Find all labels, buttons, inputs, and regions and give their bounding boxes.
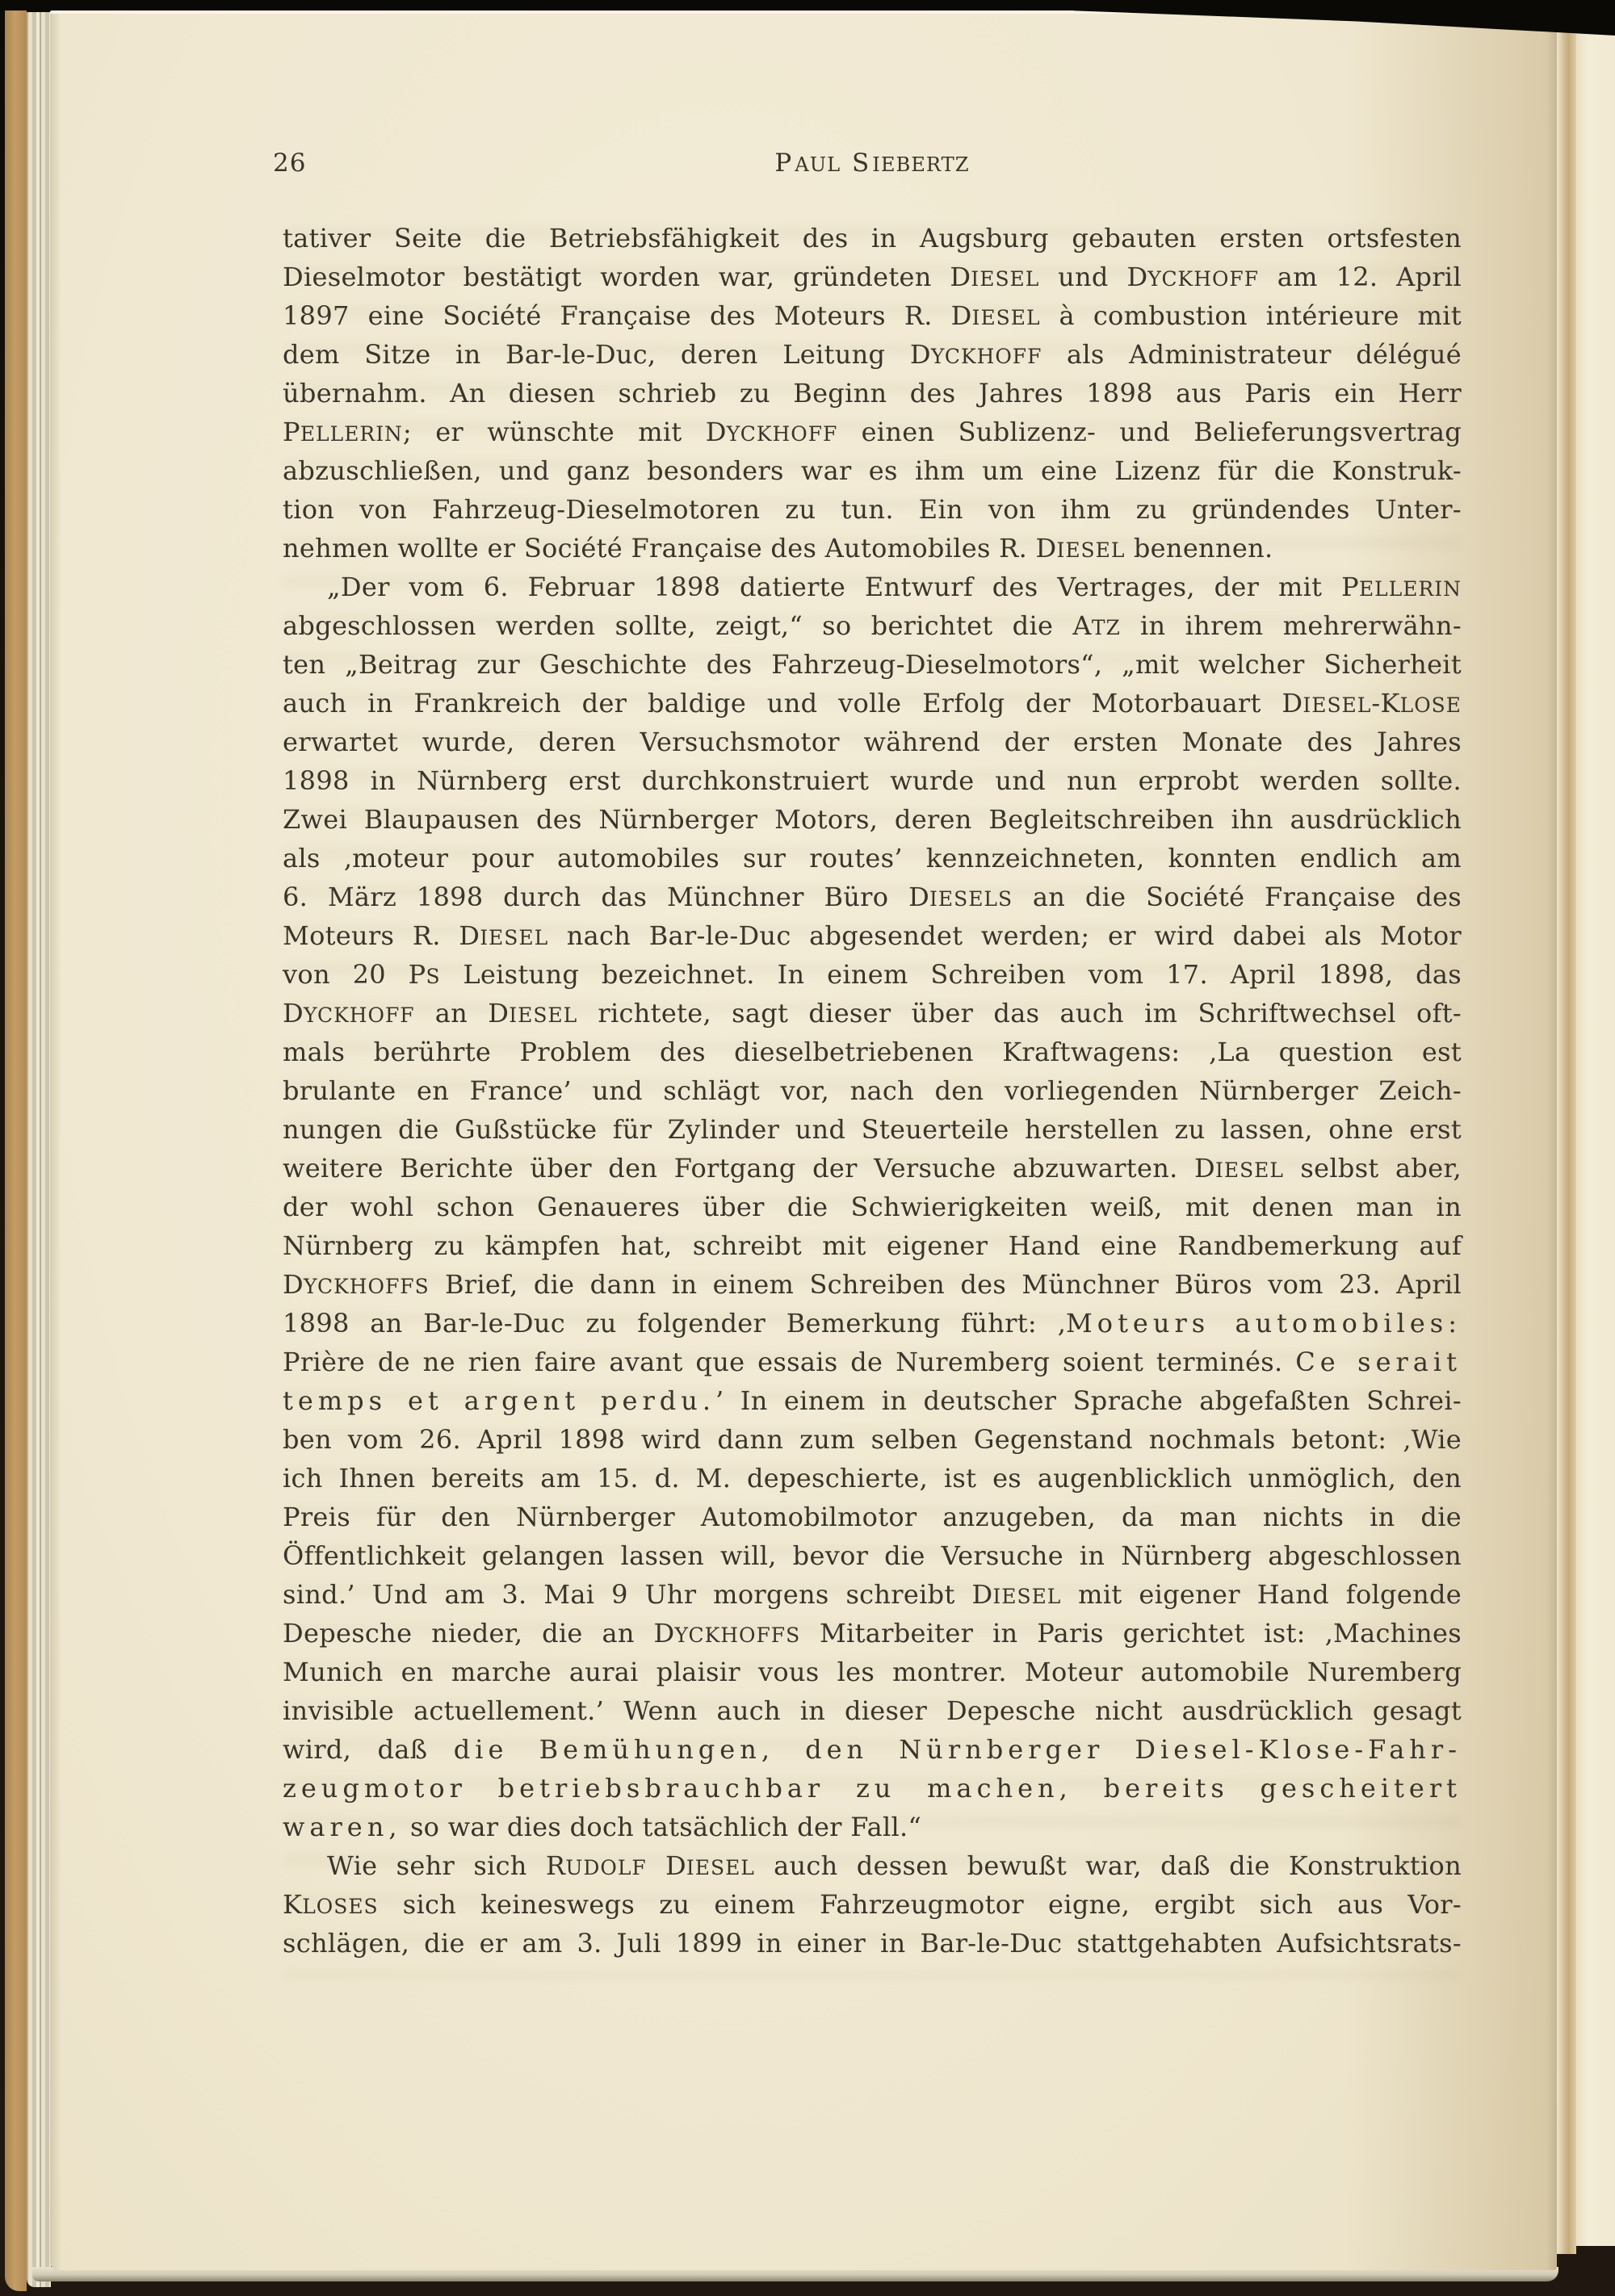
text-line: 1897 eine Société Française des Moteurs … [283,296,1462,335]
text-line: zeugmotor betriebsbrauchbar zu machen, b… [283,1769,1462,1808]
book-scan: 26 PAUL SIEBERTZ tativer Seite die Betri… [0,0,1615,2296]
text-line: „Der vom 6. Februar 1898 datierte Entwur… [283,568,1462,606]
text-line: auch in Frankreich der baldige und volle… [283,684,1462,723]
text-line: Preis für den Nürnberger Automobilmotor … [283,1498,1462,1536]
text-line: waren, so war dies doch tatsächlich der … [283,1808,1462,1846]
book-page: 26 PAUL SIEBERTZ tativer Seite die Betri… [50,10,1557,2270]
text-line: Wie sehr sich RUDOLF DIESEL auch dessen … [283,1846,1462,1885]
text-line: sind.’ Und am 3. Mai 9 Uhr morgens schre… [283,1575,1462,1614]
page-number: 26 [273,149,306,178]
text-line: ben vom 26. April 1898 wird dann zum sel… [283,1420,1462,1459]
text-line: DYCKHOFF an DIESEL richtete, sagt dieser… [283,994,1462,1033]
gutter-shadow [1557,29,1576,2254]
text-line: tativer Seite die Betriebsfähigkeit des … [283,219,1462,258]
text-line: Munich en marche aurai plaisir vous les … [283,1653,1462,1691]
paragraph: tativer Seite die Betriebsfähigkeit des … [283,219,1462,568]
text-line: DYCKHOFFS Brief, die dann in einem Schre… [283,1265,1462,1304]
text-line: erwartet wurde, deren Versuchsmotor währ… [283,723,1462,761]
facing-page-sliver [1576,24,1615,2246]
text-line: der wohl schon Genaueres über die Schwie… [283,1188,1462,1226]
text-line: Zwei Blaupausen des Nürnberger Motors, d… [283,800,1462,839]
text-line: abzuschließen, und ganz besonders war es… [283,451,1462,490]
text-line: Dieselmotor bestätigt worden war, gründe… [283,258,1462,296]
text-line: weitere Berichte über den Fortgang der V… [283,1149,1462,1188]
text-line: abgeschlossen werden sollte, zeigt,“ so … [283,606,1462,645]
text-line: brulante en France’ und schlägt vor, nac… [283,1071,1462,1110]
text-line: Moteurs R. DIESEL nach Bar-le-Duc abgese… [283,916,1462,955]
text-line: dem Sitze in Bar-le-Duc, deren Leitung D… [283,335,1462,374]
text-line: ten „Beitrag zur Geschichte des Fahrzeug… [283,645,1462,684]
book-cover-edge [5,8,27,2291]
body-text: tativer Seite die Betriebsfähigkeit des … [283,219,1462,1963]
text-line: temps et argent perdu.’ In einem in deut… [283,1381,1462,1420]
text-line: Nürnberg zu kämpfen hat, schreibt mit ei… [283,1226,1462,1265]
text-line: 1898 in Nürnberg erst durchkonstruiert w… [283,761,1462,800]
text-line: Depesche nieder, die an DYCKHOFFS Mitarb… [283,1614,1462,1653]
text-line: mals berührte Problem des dieselbetriebe… [283,1033,1462,1071]
text-line: PELLERIN; er wünschte mit DYCKHOFF einen… [283,413,1462,451]
text-line: tion von Fahrzeug-Dieselmotoren zu tun. … [283,490,1462,529]
text-line: 6. März 1898 durch das Münchner Büro DIE… [283,878,1462,916]
text-line: schlägen, die er am 3. Juli 1899 in eine… [283,1924,1462,1963]
paragraph: Wie sehr sich RUDOLF DIESEL auch dessen … [283,1846,1462,1963]
page-edge-stack [27,12,51,2287]
text-line: Öffentlichkeit gelangen lassen will, bev… [283,1536,1462,1575]
page-header: 26 PAUL SIEBERTZ [283,149,1462,184]
text-line: nungen die Gußstücke für Zylinder und St… [283,1110,1462,1149]
running-head: PAUL SIEBERTZ [283,149,1462,178]
text-line: KLOSES sich keineswegs zu einem Fahrzeug… [283,1885,1462,1924]
text-line: übernahm. An diesen schrieb zu Beginn de… [283,374,1462,413]
text-line: invisible actuellement.’ Wenn auch in di… [283,1691,1462,1730]
paragraph: „Der vom 6. Februar 1898 datierte Entwur… [283,568,1462,1846]
text-line: wird, daß die Bemühungen, den Nürnberger… [283,1730,1462,1769]
text-line: Prière de ne rien faire avant que essais… [283,1343,1462,1381]
text-line: 1898 an Bar-le-Duc zu folgender Bemerkun… [283,1304,1462,1343]
text-line: als ‚moteur pour automobiles sur routes’… [283,839,1462,878]
text-line: von 20 PS Leistung bezeichnet. In einem … [283,955,1462,994]
text-line: nehmen wollte er Société Française des A… [283,529,1462,568]
text-line: ich Ihnen bereits am 15. d. M. depeschie… [283,1459,1462,1498]
